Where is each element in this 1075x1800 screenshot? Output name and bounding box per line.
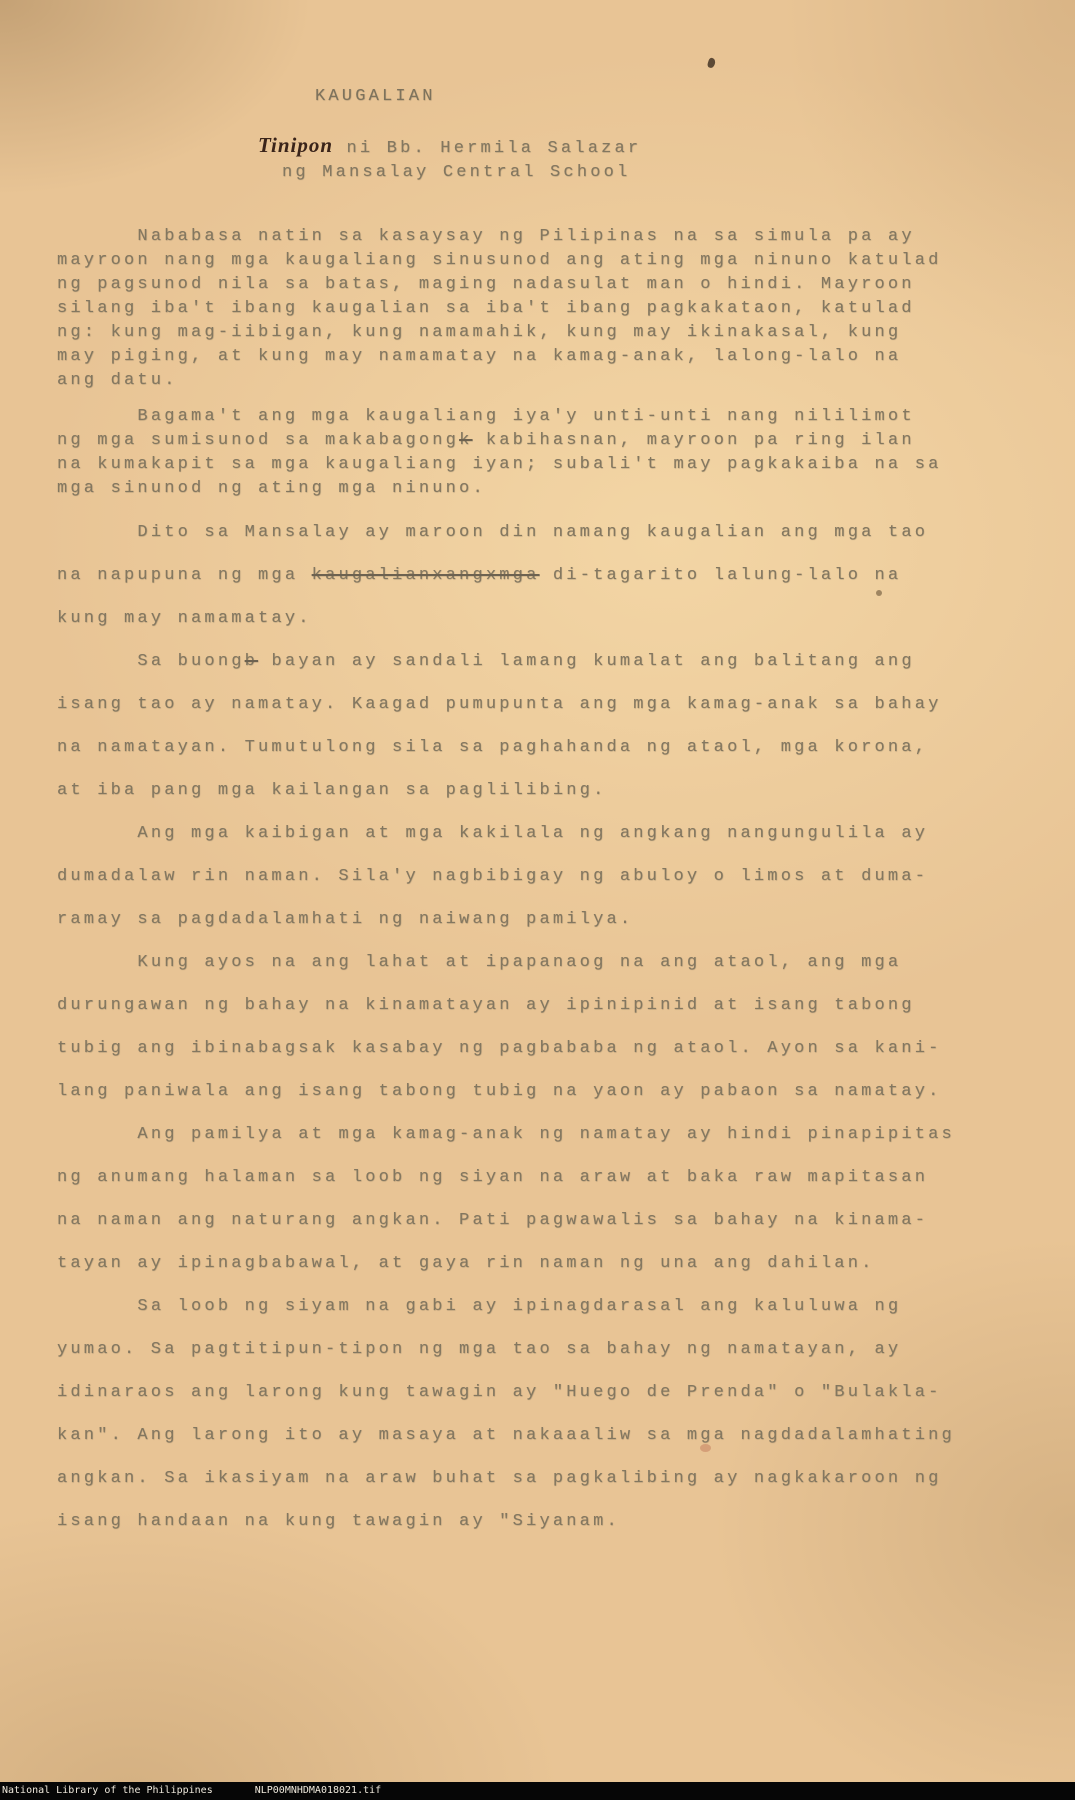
ink-speck [700,1444,711,1452]
paragraph-4: Sa buongb bayan ay sandali lamang kumala… [57,640,1035,812]
scanned-document-page: KAUGALIAN Tinipon ni Bb. Hermila Salazar… [0,0,1075,1800]
struck-out-text: kaugalianxangxmga [312,566,540,585]
paragraph-3: Dito sa Mansalay ay maroon din namang ka… [57,511,1035,640]
byline-line-1: Tinipon ni Bb. Hermila Salazar [258,133,1035,161]
paragraph-6-text: Kung ayos na ang lahat at ipapanaog na a… [57,953,942,1101]
archive-filename: NLP00MNHDMA018021.tif [255,1782,381,1800]
paragraph-8-text: Sa loob ng siyam na gabi ay ipinagdarasa… [57,1297,955,1531]
document-title: KAUGALIAN [315,85,1035,109]
archive-footer-bar: National Library of the Philippines NLP0… [0,1782,1075,1800]
paragraph-7-text: Ang pamilya at mga kamag-anak ng namatay… [57,1125,955,1273]
paragraph-8: Sa loob ng siyam na gabi ay ipinagdarasa… [57,1285,1035,1543]
struck-out-text: b [245,652,258,671]
paragraph-5-text: Ang mga kaibigan at mga kakilala ng angk… [57,824,928,929]
handwritten-word: Tinipon [258,133,333,157]
paragraph-4-text-cont: bayan ay sandali lamang kumalat ang bali… [57,652,942,800]
paragraph-7: Ang pamilya at mga kamag-anak ng namatay… [57,1113,1035,1285]
typewritten-text-block: KAUGALIAN Tinipon ni Bb. Hermila Salazar… [0,0,1075,1543]
paragraph-5: Ang mga kaibigan at mga kakilala ng angk… [57,812,1035,941]
paragraph-2: Bagama't ang mga kaugaliang iya'y unti-u… [57,405,1035,501]
ink-speck [876,590,882,596]
byline-line-2: ng Mansalay Central School [282,161,1035,185]
byline-author: ni Bb. Hermila Salazar [333,139,641,158]
archive-library-label: National Library of the Philippines [2,1782,213,1800]
paragraph-4-text: Sa buong [57,652,245,671]
paragraph-1: Nababasa natin sa kasaysay ng Pilipinas … [57,225,1035,393]
struck-out-text: k [459,431,472,450]
paragraph-1-text: Nababasa natin sa kasaysay ng Pilipinas … [57,227,942,390]
paragraph-6: Kung ayos na ang lahat at ipapanaog na a… [57,941,1035,1113]
